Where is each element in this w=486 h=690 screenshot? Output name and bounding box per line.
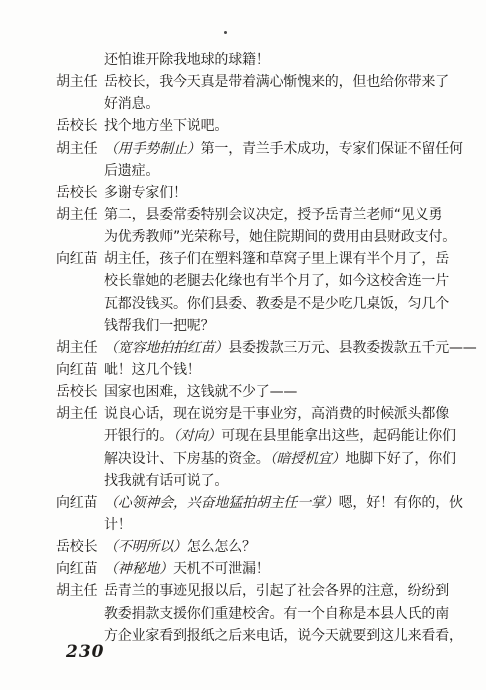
line-text: 岳青兰的事迹见报以后，引起了社会各界的注意，纷纷到 bbox=[104, 580, 456, 602]
dialogue-block: 还怕谁开除我地球的球籍！ 胡主任 岳校长，我今天真是带着满心惭愧来的，但也给你带… bbox=[56, 49, 456, 647]
stage-direction: （不明所以） bbox=[104, 539, 187, 555]
dialogue-line: 向红苗 （心领神会，兴奋地猛拍胡主任一掌）嗯，好！有你的，伙 bbox=[56, 492, 456, 514]
speaker-name: 岳校长 bbox=[56, 182, 104, 204]
line-text: （用手势制止）第一，青兰手术成功，专家们保证不留任何 bbox=[104, 138, 463, 160]
dialogue-line: 找我就有话可说了。 bbox=[56, 470, 456, 492]
book-page: 还怕谁开除我地球的球籍！ 胡主任 岳校长，我今天真是带着满心惭愧来的，但也给你带… bbox=[0, 0, 486, 690]
line-text: 说良心话，现在说穷是干事业穷，高消费的时候派头都像 bbox=[104, 403, 456, 425]
dialogue-line: 向红苗 胡主任，孩子们在塑料篷和草窝子里上课有半个月了，岳 bbox=[56, 248, 456, 270]
speaker-name bbox=[56, 49, 104, 71]
speaker-name bbox=[56, 603, 104, 625]
dialogue-line: 好消息。 bbox=[56, 93, 456, 115]
dialogue-line: 岳校长 多谢专家们！ bbox=[56, 182, 456, 204]
dialogue-line: 解决设计、下房基的资金。（暗授机宜）地脚下好了，你们 bbox=[56, 448, 456, 470]
speaker-name: 胡主任 bbox=[56, 403, 104, 425]
scan-speck bbox=[224, 31, 227, 34]
speaker-name bbox=[56, 270, 104, 292]
dialogue-line: 方企业家看到报纸之后来电话，说今天就要到这儿来看看， bbox=[56, 625, 456, 647]
dialogue-line: 计！ bbox=[56, 514, 456, 536]
speaker-name: 向红苗 bbox=[56, 359, 104, 381]
dialogue-line: 岳校长 （不明所以）怎么怎么？ bbox=[56, 536, 456, 558]
line-text: 呲！这几个钱！ bbox=[104, 359, 456, 381]
stage-direction: （神秘地） bbox=[104, 561, 173, 577]
dialogue-line: 教委捐款支援你们重建校舍。有一个自称是本县人氏的南 bbox=[56, 603, 456, 625]
line-text: 方企业家看到报纸之后来电话，说今天就要到这儿来看看， bbox=[104, 625, 463, 647]
line-text: 解决设计、下房基的资金。（暗授机宜）地脚下好了，你们 bbox=[104, 448, 456, 470]
line-text: 计！ bbox=[104, 514, 456, 536]
dialogue-line: 为优秀教师”光荣称号，她住院期间的费用由县财政支付。 bbox=[56, 226, 456, 248]
dialogue-line: 胡主任 第二，县委常委特别会议决定，授予岳青兰老师“见义勇 bbox=[56, 204, 456, 226]
line-text: 第二，县委常委特别会议决定，授予岳青兰老师“见义勇 bbox=[104, 204, 456, 226]
speaker-name: 向红苗 bbox=[56, 558, 104, 580]
stage-direction: （暗授机宜） bbox=[270, 451, 346, 467]
dialogue-line: 后遗症。 bbox=[56, 160, 456, 182]
dialogue-line: 钱帮我们一把呢？ bbox=[56, 315, 456, 337]
line-text: 胡主任，孩子们在塑料篷和草窝子里上课有半个月了，岳 bbox=[104, 248, 456, 270]
line-text: 多谢专家们！ bbox=[104, 182, 456, 204]
line-text: 国家也困难，这钱就不少了—— bbox=[104, 381, 456, 403]
speaker-name: 岳校长 bbox=[56, 115, 104, 137]
dialogue-line: 还怕谁开除我地球的球籍！ bbox=[56, 49, 456, 71]
stage-direction: （宽容地拍拍红苗） bbox=[104, 340, 228, 356]
line-text: 为优秀教师”光荣称号，她住院期间的费用由县财政支付。 bbox=[104, 226, 456, 248]
speaker-name: 向红苗 bbox=[56, 248, 104, 270]
line-text: 钱帮我们一把呢？ bbox=[104, 315, 456, 337]
speaker-name bbox=[56, 315, 104, 337]
speaker-name: 胡主任 bbox=[56, 204, 104, 226]
line-text: 开银行的。（对向）可现在县里能拿出这些，起码能让你们 bbox=[104, 425, 456, 447]
speaker-name bbox=[56, 93, 104, 115]
line-text: （心领神会，兴奋地猛拍胡主任一掌）嗯，好！有你的，伙 bbox=[104, 492, 463, 514]
dialogue-line: 向红苗 （神秘地）天机不可泄漏！ bbox=[56, 558, 456, 580]
speaker-name bbox=[56, 448, 104, 470]
speaker-name: 胡主任 bbox=[56, 580, 104, 602]
dialogue-line: 胡主任 （用手势制止）第一，青兰手术成功，专家们保证不留任何 bbox=[56, 138, 456, 160]
stage-direction: （用手势制止） bbox=[104, 141, 201, 157]
speaker-name: 胡主任 bbox=[56, 138, 104, 160]
line-text: （神秘地）天机不可泄漏！ bbox=[104, 558, 456, 580]
speaker-name: 胡主任 bbox=[56, 71, 104, 93]
stage-direction: （心领神会，兴奋地猛拍胡主任一掌） bbox=[104, 495, 339, 511]
line-text: 找我就有话可说了。 bbox=[104, 470, 456, 492]
line-text: 校长靠她的老腿去化缘也有半个月了，如今这校舍连一片 bbox=[104, 270, 456, 292]
page-number: 230 bbox=[66, 642, 105, 662]
dialogue-line: 胡主任 岳青兰的事迹见报以后，引起了社会各界的注意，纷纷到 bbox=[56, 580, 456, 602]
line-text: 找个地方坐下说吧。 bbox=[104, 115, 456, 137]
line-text: 后遗症。 bbox=[104, 160, 456, 182]
stage-direction: （对向） bbox=[173, 428, 221, 444]
line-text: 好消息。 bbox=[104, 93, 456, 115]
speaker-name bbox=[56, 470, 104, 492]
speaker-name bbox=[56, 293, 104, 315]
dialogue-line: 岳校长 国家也困难，这钱就不少了—— bbox=[56, 381, 456, 403]
dialogue-line: 胡主任 （宽容地拍拍红苗）县委拨款三万元、县教委拨款五千元—— bbox=[56, 337, 456, 359]
dialogue-line: 岳校长 找个地方坐下说吧。 bbox=[56, 115, 456, 137]
speaker-name bbox=[56, 425, 104, 447]
dialogue-line: 校长靠她的老腿去化缘也有半个月了，如今这校舍连一片 bbox=[56, 270, 456, 292]
speaker-name: 岳校长 bbox=[56, 381, 104, 403]
line-text: 瓦都没钱买。你们县委、教委是不是少吃几桌饭，匀几个 bbox=[104, 293, 456, 315]
speaker-name bbox=[56, 160, 104, 182]
speaker-name bbox=[56, 514, 104, 536]
dialogue-line: 开银行的。（对向）可现在县里能拿出这些，起码能让你们 bbox=[56, 425, 456, 447]
line-text: （宽容地拍拍红苗）县委拨款三万元、县教委拨款五千元—— bbox=[104, 337, 477, 359]
dialogue-line: 胡主任 岳校长，我今天真是带着满心惭愧来的，但也给你带来了 bbox=[56, 71, 456, 93]
line-text: 岳校长，我今天真是带着满心惭愧来的，但也给你带来了 bbox=[104, 71, 456, 93]
dialogue-line: 瓦都没钱买。你们县委、教委是不是少吃几桌饭，匀几个 bbox=[56, 293, 456, 315]
line-text: 还怕谁开除我地球的球籍！ bbox=[104, 49, 456, 71]
line-text: （不明所以）怎么怎么？ bbox=[104, 536, 456, 558]
speaker-name: 岳校长 bbox=[56, 536, 104, 558]
speaker-name bbox=[56, 226, 104, 248]
speaker-name: 向红苗 bbox=[56, 492, 104, 514]
dialogue-line: 向红苗 呲！这几个钱！ bbox=[56, 359, 456, 381]
dialogue-line: 胡主任 说良心话，现在说穷是干事业穷，高消费的时候派头都像 bbox=[56, 403, 456, 425]
speaker-name: 胡主任 bbox=[56, 337, 104, 359]
line-text: 教委捐款支援你们重建校舍。有一个自称是本县人氏的南 bbox=[104, 603, 456, 625]
